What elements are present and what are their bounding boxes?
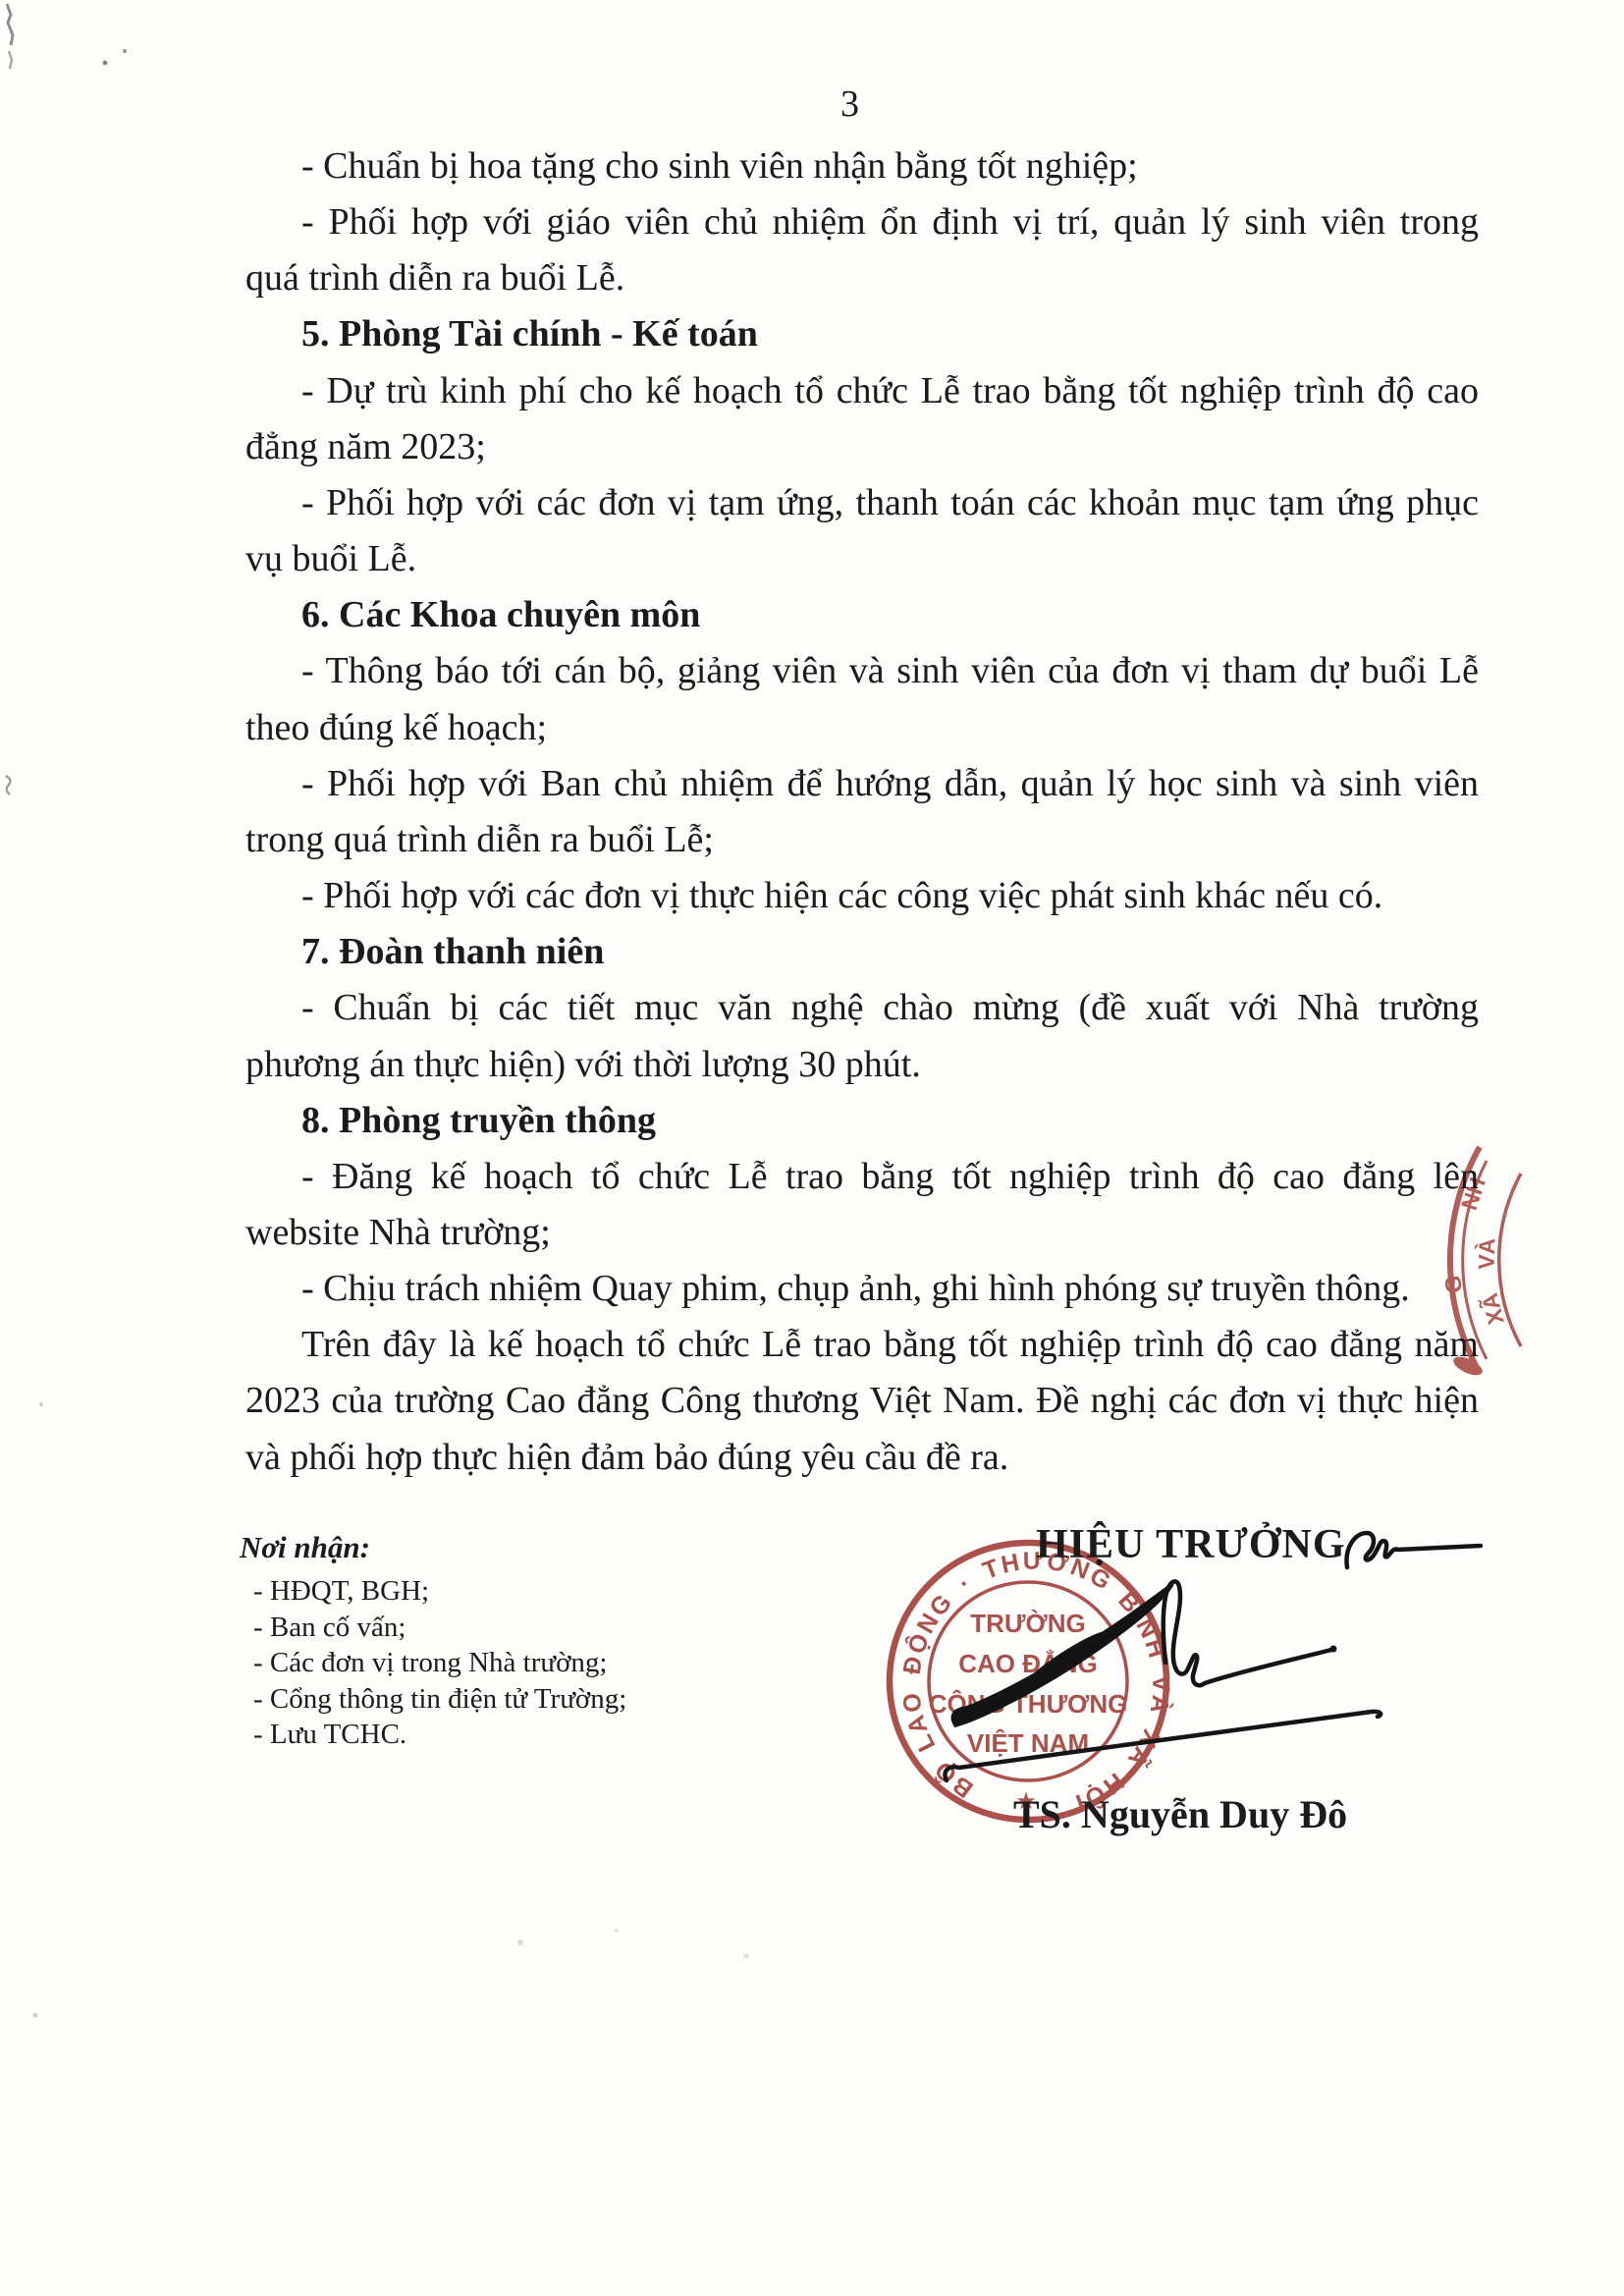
signature-pen-dot (1330, 1646, 1337, 1653)
signature-zigzag (1164, 1581, 1331, 1685)
signature-underline (945, 1712, 1380, 1780)
signature-flourish (1347, 1533, 1481, 1567)
handwritten-signature (945, 1533, 1481, 1780)
signature-loop-heavy-ink (1018, 1625, 1112, 1694)
document-page: BỘ LAO ĐỘNG · THƯƠNG BINH VÀ XÃ HỘI ★ TR… (0, 0, 1624, 2296)
signature-layer (0, 0, 1624, 2296)
